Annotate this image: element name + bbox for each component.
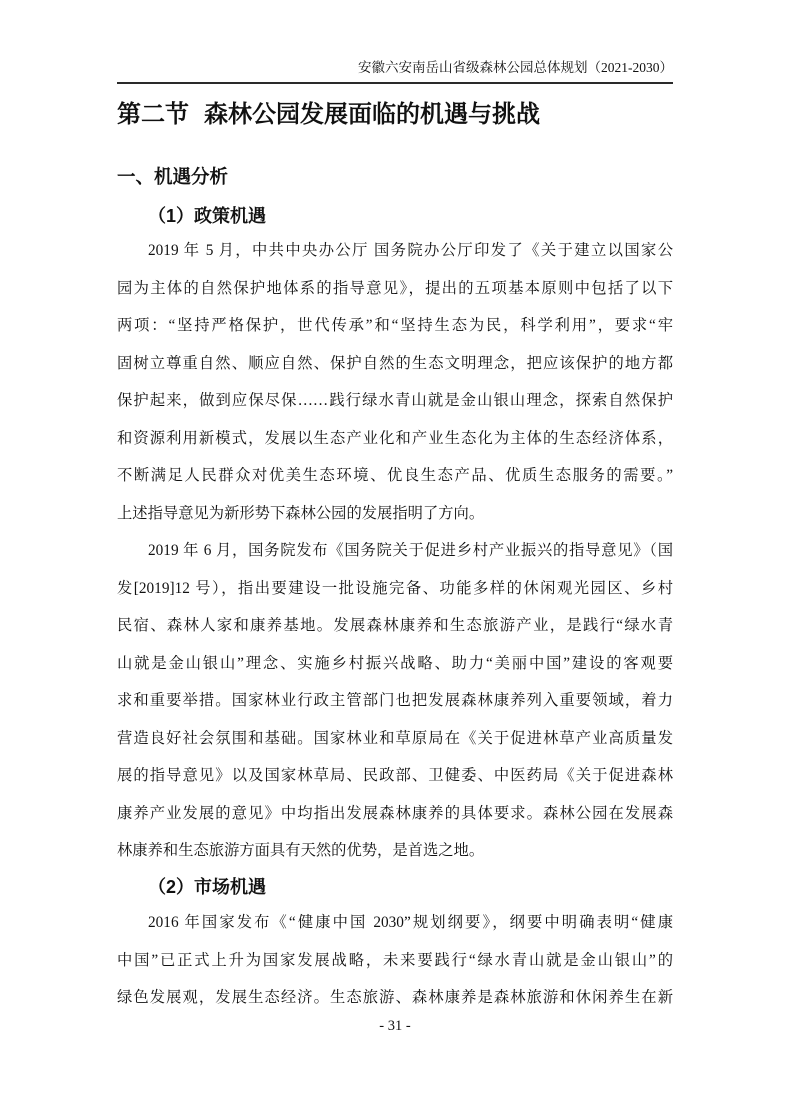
text-line: 2019 年 6 月，国务院发布《国务院关于促进乡村产业振兴的指导意见》（国 [117,532,673,570]
text-line: 康养产业发展的意见》中均指出发展森林康养的具体要求。森林公园在发展森 [117,795,673,833]
page-header: 安徽六安南岳山省级森林公园总体规划（2021-2030） [117,0,673,84]
document-page: 安徽六安南岳山省级森林公园总体规划（2021-2030） 第二节森林公园发展面临… [0,0,790,1118]
paragraph-policy-1: 2019 年 5 月，中共中央办公厅 国务院办公厅印发了《关于建立以国家公 园为… [117,232,673,532]
text-line: 保护起来，做到应保尽保……践行绿水青山就是金山银山理念，探索自然保护 [117,382,673,420]
text-line: 林康养和生态旅游方面具有天然的优势，是首选之地。 [117,832,673,870]
text-line: 展的指导意见》以及国家林草局、民政部、卫健委、中医药局《关于促进森林 [117,757,673,795]
page-number: - 31 - [117,1016,673,1036]
text-line: 两项：“坚持严格保护，世代传承”和“坚持生态为民，科学利用”，要求“牢 [117,307,673,345]
text-line: 中国”已正式上升为国家发展战略，未来要践行“绿水青山就是金山银山”的 [117,942,673,980]
text-line: 和资源利用新模式，发展以生态产业化和产业生态化为主体的生态经济体系， [117,420,673,458]
text-line: 发[2019]12 号），指出要建设一批设施完备、功能多样的休闲观光园区、乡村 [117,570,673,608]
heading-market-opportunity: （2）市场机遇 [117,875,673,899]
text-line: 2019 年 5 月，中共中央办公厅 国务院办公厅印发了《关于建立以国家公 [117,232,673,270]
section-title: 第二节森林公园发展面临的机遇与挑战 [117,100,673,130]
paragraph-policy-2: 2019 年 6 月，国务院发布《国务院关于促进乡村产业振兴的指导意见》（国 发… [117,532,673,870]
running-header-text: 安徽六安南岳山省级森林公园总体规划（2021-2030） [358,60,673,75]
heading-policy-opportunity: （1）政策机遇 [117,204,673,228]
text-line: 绿色发展观，发展生态经济。生态旅游、森林康养是森林旅游和休闲养生在新 [117,979,673,1017]
text-line: 营造良好社会氛围和基础。国家林业和草原局在《关于促进林草产业高质量发 [117,720,673,758]
chapter-title-text: 森林公园发展面临的机遇与挑战 [204,101,540,128]
text-line: 不断满足人民群众对优美生态环境、优良生态产品、优质生态服务的需要。” [117,457,673,495]
text-line: 民宿、森林人家和康养基地。发展森林康养和生态旅游产业，是践行“绿水青 [117,607,673,645]
text-line: 园为主体的自然保护地体系的指导意见》，提出的五项基本原则中包括了以下 [117,270,673,308]
text-line: 固树立尊重自然、顺应自然、保护自然的生态文明理念，把应该保护的地方都 [117,345,673,383]
heading-opportunity-analysis: 一、机遇分析 [117,165,228,189]
chapter-label: 第二节 [117,101,189,128]
text-line: 上述指导意见为新形势下森林公园的发展指明了方向。 [117,495,673,533]
text-line: 求和重要举措。国家林业行政主管部门也把发展森林康养列入重要领域，着力 [117,682,673,720]
text-line: 2016 年国家发布《“健康中国 2030”规划纲要》，纲要中明确表明“健康 [117,904,673,942]
paragraph-market-1: 2016 年国家发布《“健康中国 2030”规划纲要》，纲要中明确表明“健康 中… [117,904,673,1017]
text-line: 山就是金山银山”理念、实施乡村振兴战略、助力“美丽中国”建设的客观要 [117,645,673,683]
